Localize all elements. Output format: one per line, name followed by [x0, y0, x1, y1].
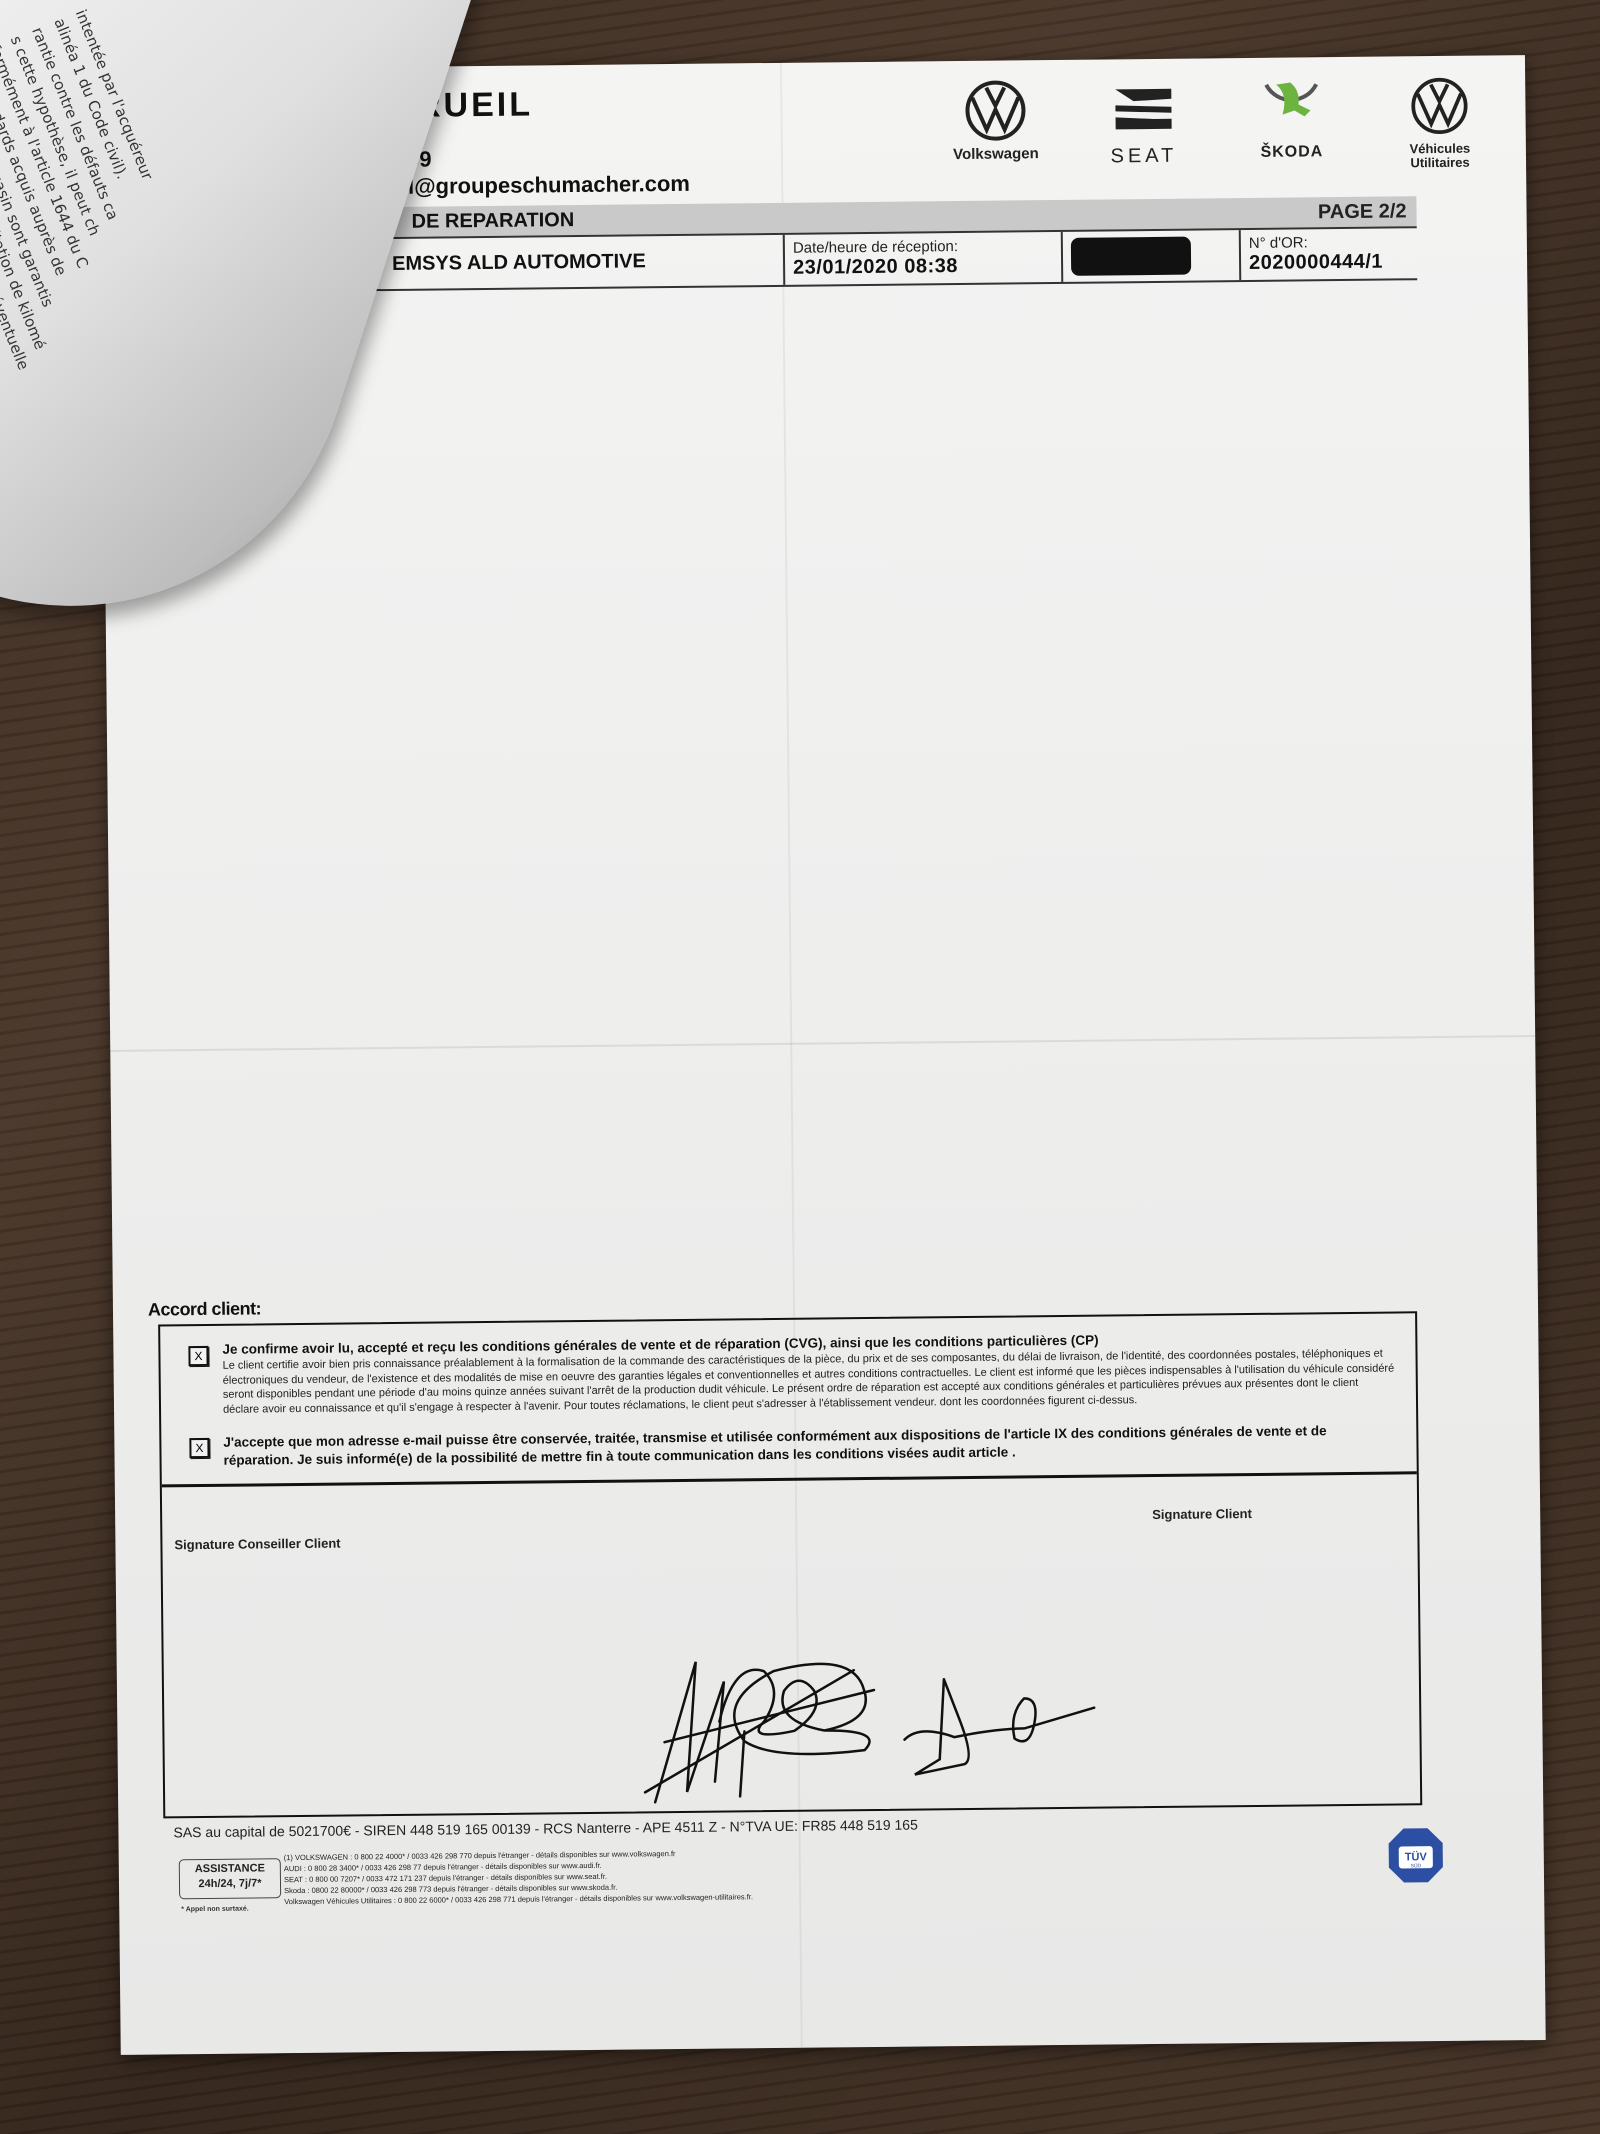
legal-line: SAS au capital de 5021700€ - SIREN 448 5… — [173, 1817, 918, 1841]
brand-skoda: ŠKODA — [1231, 77, 1352, 162]
curled-page-text: intentée par l'acquéreur alinéa 1 du Cod… — [0, 6, 210, 459]
dealer-email: ueil@groupeschumacher.com — [376, 171, 690, 200]
brand-label: Véhicules Utilitaires — [1380, 141, 1500, 171]
reception-value: 23/01/2020 08:38 — [793, 254, 1053, 280]
reception-cell: Date/heure de réception: 23/01/2020 08:3… — [783, 232, 1062, 285]
signature-advisor-label: Signature Conseiller Client — [174, 1536, 340, 1553]
client-name: EMSYS ALD AUTOMOTIVE — [392, 248, 775, 275]
brand-label: SEAT — [1110, 145, 1177, 168]
accord-box: X Je confirme avoir lu, accepté et reçu … — [158, 1311, 1422, 1818]
hotline-list: (1) VOLKSWAGEN : 0 800 22 4000* / 0033 4… — [284, 1848, 753, 1907]
consent-area: X Je confirme avoir lu, accepté et reçu … — [160, 1313, 1417, 1487]
vw-commercial-logo-icon — [1401, 76, 1478, 137]
handwritten-signature — [623, 1597, 1145, 1832]
paper-fold-horizontal — [110, 1035, 1535, 1052]
signature-area: Signature Conseiller Client Signature Cl… — [162, 1474, 1420, 1816]
registration-cell — [1061, 230, 1240, 282]
vw-logo-icon — [957, 80, 1034, 141]
consent-email-text: J'accepte que mon adresse e-mail puisse … — [223, 1421, 1416, 1469]
consent-cvg-checkbox[interactable]: X — [188, 1346, 208, 1366]
assistance-note: * Appel non surtaxé. — [181, 1906, 248, 1914]
assistance-line1: ASSISTANCE — [180, 1861, 280, 1877]
assistance-badge: ASSISTANCE 24h/24, 7j/7* — [179, 1858, 281, 1899]
svg-text:SÜD: SÜD — [1411, 1862, 1422, 1869]
brand-vw-commercial: Véhicules Utilitaires — [1379, 75, 1500, 171]
tuv-certification-icon: TÜV SÜD — [1386, 1826, 1445, 1885]
brand-label: ŠKODA — [1260, 143, 1323, 161]
skoda-logo-icon — [1253, 77, 1330, 138]
brand-seat: SEAT — [1083, 78, 1204, 167]
consent-cvg-detail: Le client certifie avoir bien pris conna… — [223, 1346, 1417, 1417]
accord-title: Accord client: — [148, 1298, 261, 1320]
or-number-value: 2020000444/1 — [1249, 250, 1409, 275]
page-number: PAGE 2/2 — [1318, 200, 1417, 224]
consent-cvg: X Je confirme avoir lu, accepté et reçu … — [160, 1329, 1416, 1418]
or-number-cell: N° d'OR: 2020000444/1 — [1239, 228, 1418, 280]
svg-text:TÜV: TÜV — [1405, 1850, 1428, 1863]
brand-logos: Volkswagen SEAT ŠKODA Véhicules Utilitai… — [935, 75, 1500, 175]
signature-client-label: Signature Client — [1152, 1506, 1252, 1522]
seat-logo-icon — [1105, 79, 1182, 140]
brand-volkswagen: Volkswagen — [935, 80, 1056, 164]
assistance-line2: 24h/24, 7j/7* — [180, 1877, 280, 1893]
redaction-mark — [1071, 237, 1191, 276]
or-number-label: N° d'OR: — [1249, 233, 1409, 252]
consent-email-checkbox[interactable]: X — [189, 1438, 209, 1458]
consent-email: X J'accepte que mon adresse e-mail puiss… — [161, 1421, 1416, 1469]
brand-label: Volkswagen — [953, 146, 1039, 163]
